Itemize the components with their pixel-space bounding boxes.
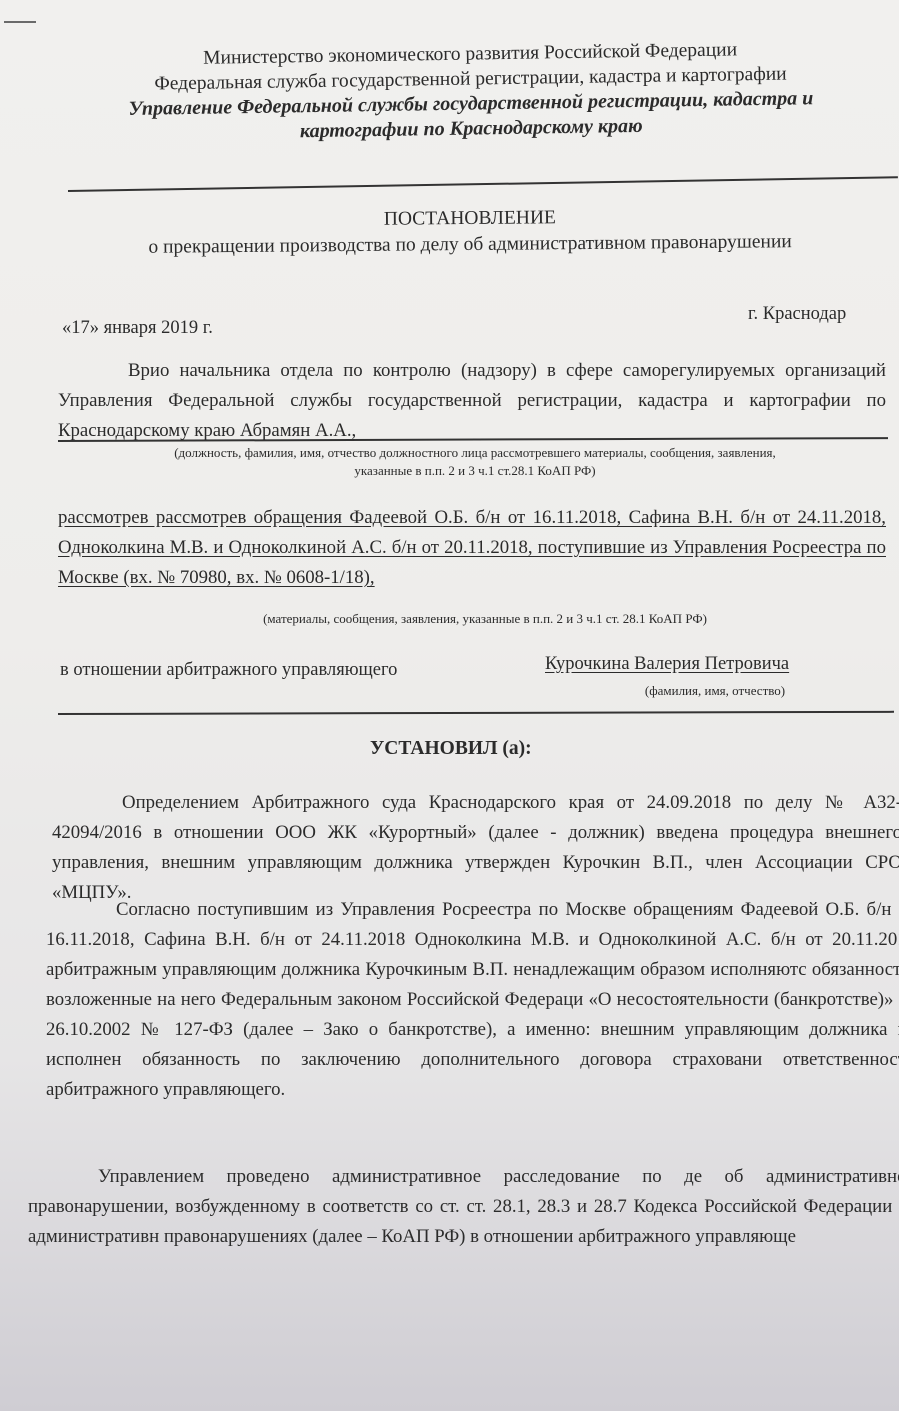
official-caption: (должность, фамилия, имя, отчество должн… (70, 444, 880, 480)
document-date: «17» января 2019 г. (62, 318, 213, 339)
document-title-block: ПОСТАНОВЛЕНИЕ о прекращении производства… (70, 203, 870, 262)
document-subtitle: о прекращении производства по делу об ад… (70, 229, 870, 262)
materials-caption: (материалы, сообщения, заявления, указан… (150, 610, 820, 628)
subject-rule (58, 711, 894, 715)
body-paragraph-2: Согласно поступившим из Управления Росре… (46, 895, 899, 1105)
subject-label: в отношении арбитражного управляющего (60, 660, 397, 681)
materials-paragraph: рассмотрев рассмотрев обращения Фадеевой… (58, 503, 886, 593)
body-paragraph-3: Управлением проведено административное р… (28, 1162, 899, 1252)
corner-mark (4, 21, 36, 23)
materials-text: рассмотрев рассмотрев обращения Фадеевой… (58, 503, 886, 593)
official-paragraph: Врио начальника отдела по контролю (надз… (58, 356, 886, 446)
established-heading: УСТАНОВИЛ (а): (370, 738, 532, 760)
body-text-3: Управлением проведено административное р… (28, 1162, 899, 1252)
official-caption-line1: (должность, фамилия, имя, отчество должн… (70, 444, 880, 462)
header-rule (68, 176, 898, 192)
document-city: г. Краснодар (748, 304, 846, 325)
document-page: Министерство экономического развития Рос… (0, 0, 899, 1411)
body-text-2: Согласно поступившим из Управления Росре… (46, 895, 899, 1105)
subject-name: Курочкина Валерия Петровича (545, 654, 789, 675)
letterhead: Министерство экономического развития Рос… (60, 35, 881, 148)
body-paragraph-1: Определением Арбитражного суда Краснодар… (52, 788, 899, 908)
official-text: Врио начальника отдела по контролю (надз… (58, 356, 886, 446)
body-text-1: Определением Арбитражного суда Краснодар… (52, 788, 899, 908)
subject-caption: (фамилия, имя, отчество) (600, 682, 830, 700)
official-caption-line2: указанные в п.п. 2 и 3 ч.1 ст.28.1 КоАП … (70, 462, 880, 480)
